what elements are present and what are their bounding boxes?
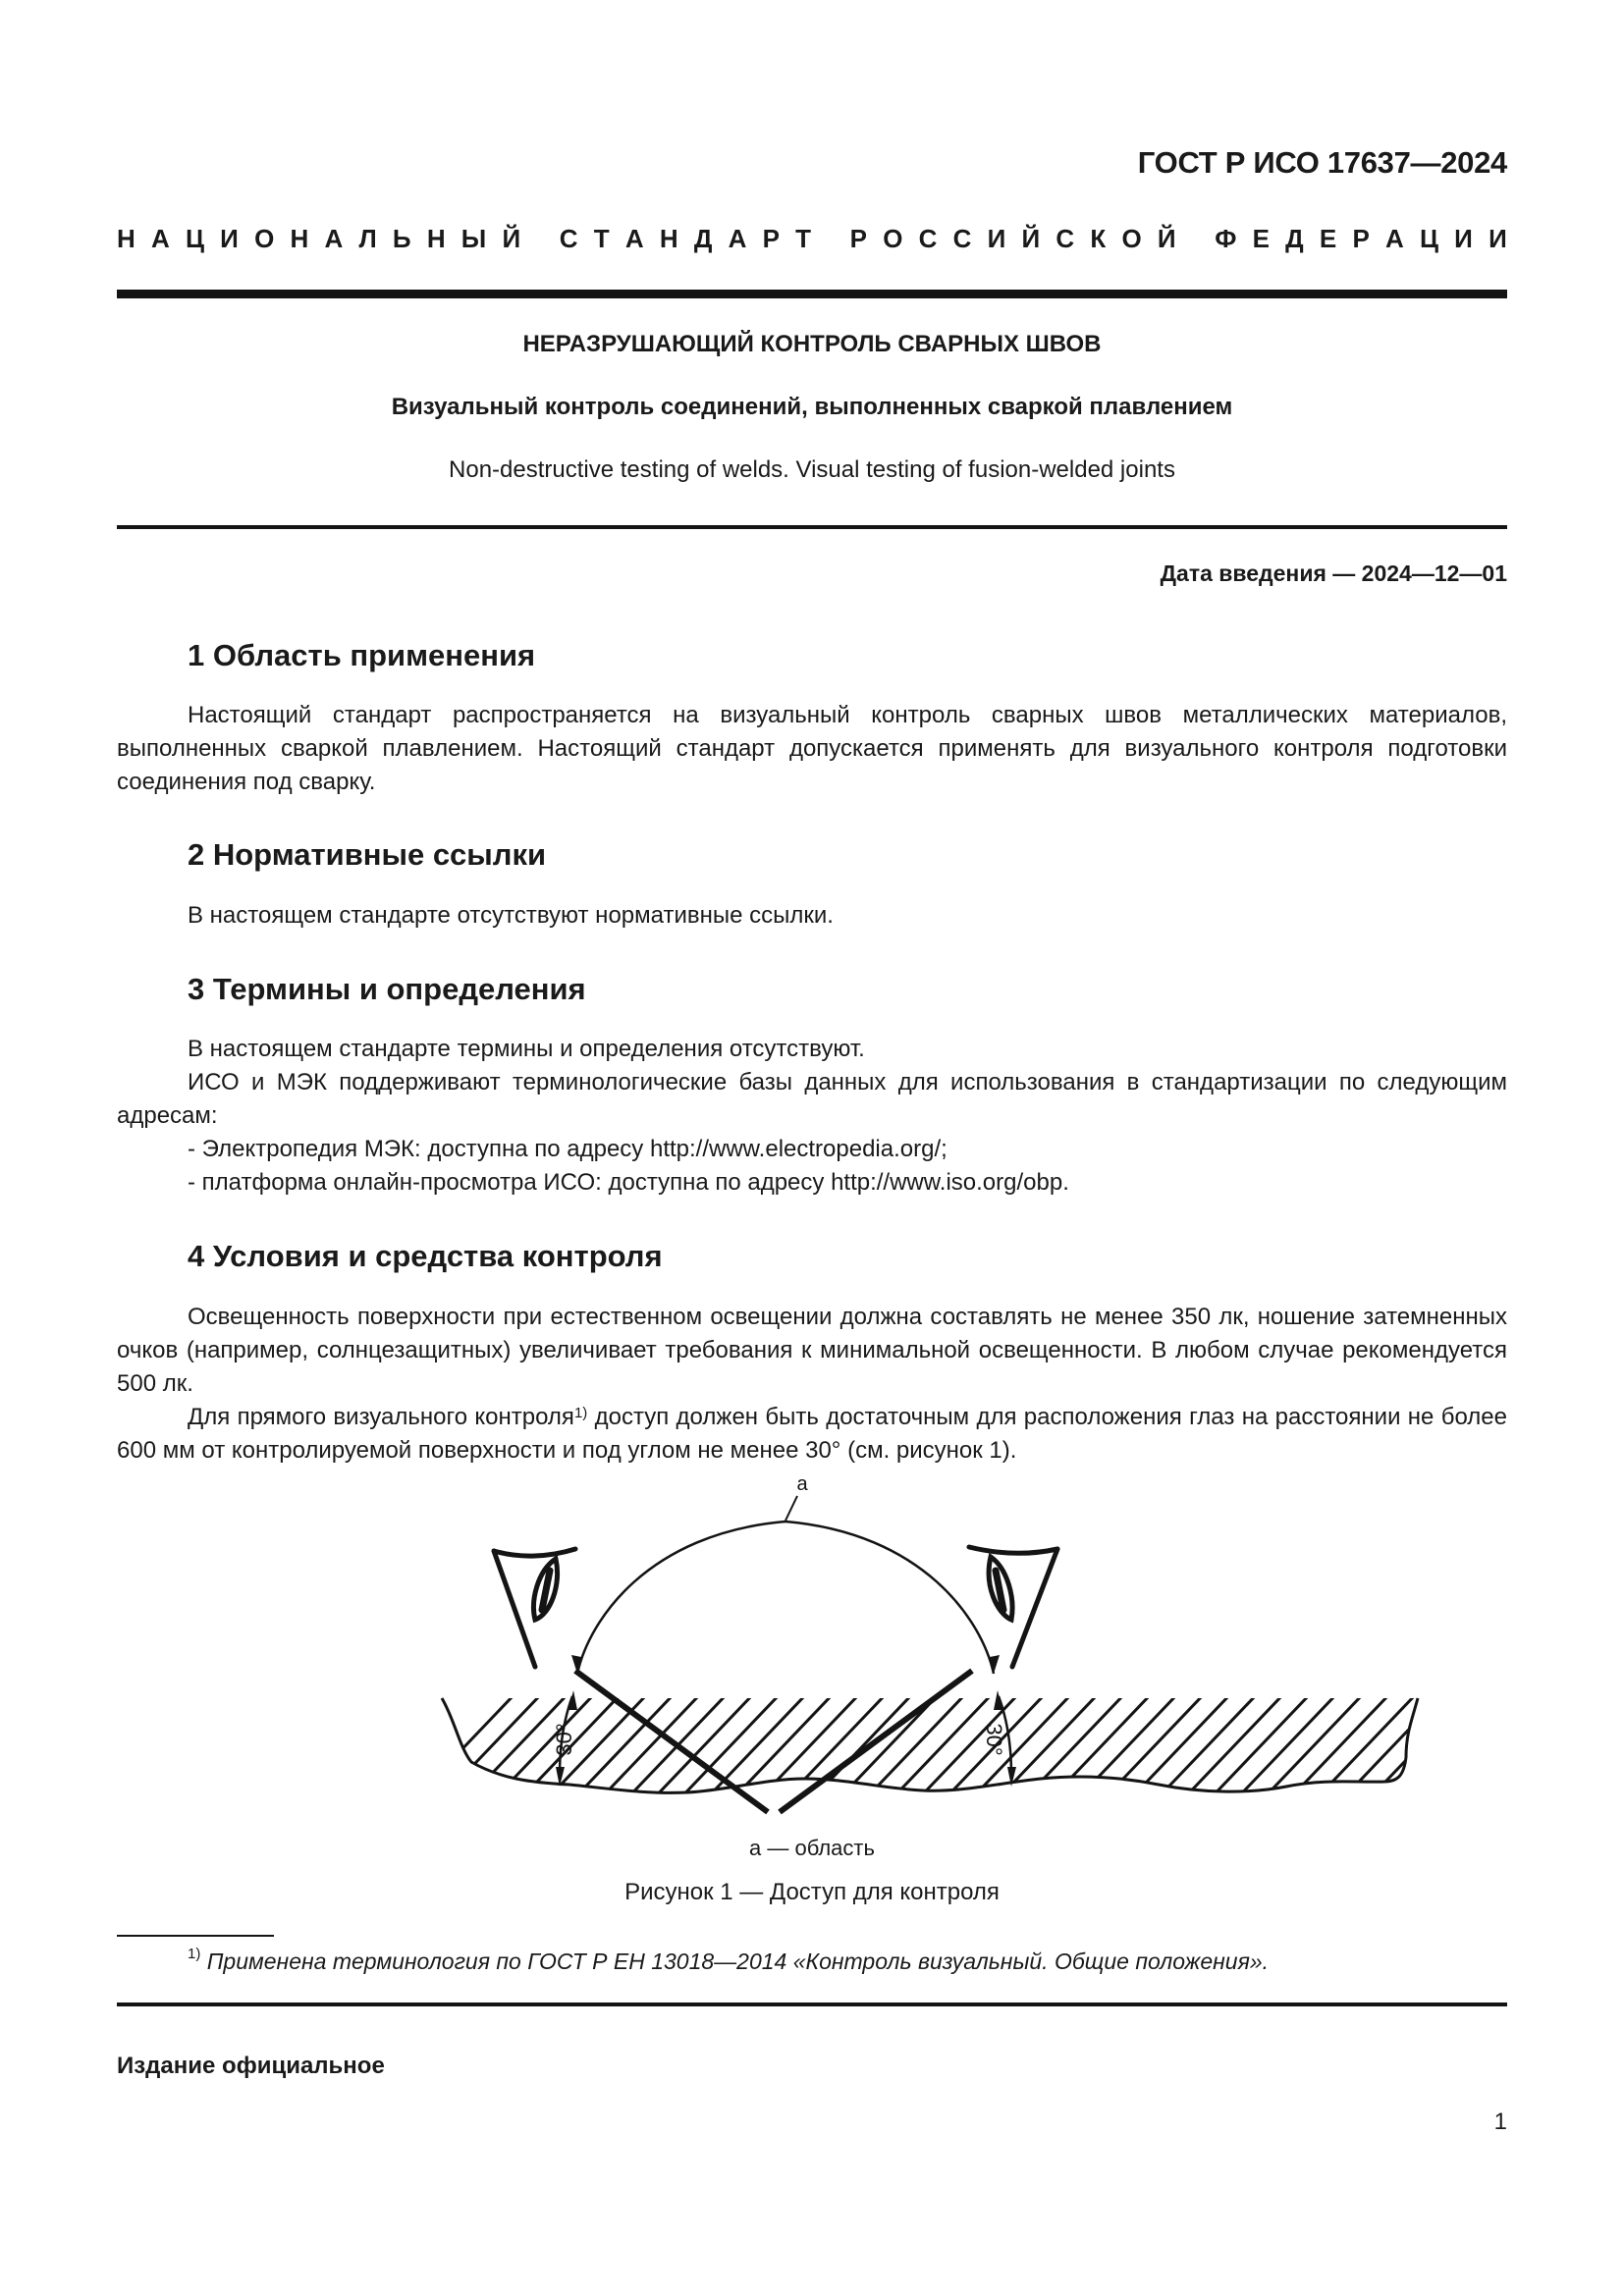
- banner-letter: Ы: [461, 224, 486, 254]
- section-heading-terms: 3 Термины и определения: [188, 972, 586, 1007]
- paragraph-with-footnote: Для прямого визуального контроля1) досту…: [117, 1401, 1507, 1468]
- banner-letter: К: [1090, 224, 1106, 254]
- banner-letter: Й: [1158, 224, 1176, 254]
- banner-letter: Е: [1320, 224, 1336, 254]
- paragraph: В настоящем стандарте термины и определе…: [117, 1033, 1507, 1066]
- footnote-mark: 1): [188, 1946, 200, 1962]
- gost-number: ГОСТ Р ИСО 17637—2024: [1138, 145, 1507, 181]
- banner-letter: Д: [694, 224, 713, 254]
- section-terms-body: В настоящем стандарте термины и определе…: [117, 1033, 1507, 1200]
- figure-access-for-inspection: a 30° 30°: [0, 1463, 1624, 1757]
- footnote-reference[interactable]: 1): [574, 1405, 587, 1421]
- list-item-electropedia: - Электропедия МЭК: доступна по адресу h…: [117, 1133, 1507, 1166]
- banner-letter: [1192, 224, 1199, 254]
- banner-letter: А: [324, 224, 343, 254]
- banner-letter: А: [729, 224, 747, 254]
- eye-icon-left: [494, 1549, 575, 1667]
- banner-letter: [827, 224, 834, 254]
- figure-caption: Рисунок 1 — Доступ для контроля: [0, 1879, 1624, 1906]
- national-standard-banner: НАЦИОНАЛЬНЫЙ СТАНДАРТ РОССИЙСКОЙ ФЕДЕРАЦ…: [117, 224, 1507, 254]
- banner-letter: Ц: [186, 224, 204, 254]
- banner-letter: Ь: [393, 224, 411, 254]
- section-heading-scope: 1 Область применения: [188, 638, 535, 673]
- section-heading-normative-refs: 2 Нормативные ссылки: [188, 837, 546, 873]
- banner-letter: Н: [291, 224, 309, 254]
- banner-letter: Н: [660, 224, 678, 254]
- banner-letter: Й: [1021, 224, 1040, 254]
- paragraph: Настоящий стандарт распространяется на в…: [117, 699, 1507, 799]
- banner-letter: О: [1121, 224, 1141, 254]
- official-edition-label: Издание официальное: [117, 2053, 385, 2080]
- banner-letter: Л: [358, 224, 376, 254]
- footnote-separator: [117, 1935, 274, 1937]
- banner-letter: А: [1385, 224, 1404, 254]
- banner-letter: Р: [763, 224, 780, 254]
- banner-letter: И: [220, 224, 239, 254]
- banner-letter: Ц: [1420, 224, 1438, 254]
- banner-letter: Т: [594, 224, 610, 254]
- banner-letter: С: [1056, 224, 1074, 254]
- document-title: НЕРАЗРУШАЮЩИЙ КОНТРОЛЬ СВАРНЫХ ШВОВ: [0, 331, 1624, 358]
- introduction-date: Дата введения — 2024—12—01: [1161, 561, 1507, 587]
- paragraph: Освещенность поверхности при естественно…: [117, 1301, 1507, 1401]
- footer-rule: [117, 2002, 1507, 2006]
- eye-icon-right: [969, 1547, 1057, 1667]
- banner-letter: И: [1454, 224, 1473, 254]
- banner-letter: Й: [502, 224, 520, 254]
- figure-legend: a — область: [0, 1836, 1624, 1861]
- banner-letter: Т: [795, 224, 811, 254]
- banner-letter: С: [953, 224, 972, 254]
- section-normative-refs-body: В настоящем стандарте отсутствуют нормат…: [117, 899, 1507, 933]
- banner-letter: [536, 224, 543, 254]
- surface-outline: [442, 1698, 1418, 1792]
- document-title-english: Non-destructive testing of welds. Visual…: [0, 456, 1624, 484]
- banner-letter: Е: [1253, 224, 1270, 254]
- banner-letter: С: [919, 224, 938, 254]
- footnote: 1) Применена терминология по ГОСТ Р ЕН 1…: [188, 1949, 1269, 1975]
- region-label-a: a: [796, 1473, 808, 1495]
- label-leader: [785, 1496, 797, 1521]
- banner-letter: И: [988, 224, 1006, 254]
- banner-letter: Р: [850, 224, 867, 254]
- paragraph: ИСО и МЭК поддерживают терминологические…: [117, 1066, 1507, 1133]
- inspection-region-arc: [577, 1522, 994, 1674]
- banner-letter: Д: [1285, 224, 1304, 254]
- footnote-text: Применена терминология по ГОСТ Р ЕН 1301…: [200, 1949, 1269, 1974]
- paragraph-text: Для прямого визуального контроля: [188, 1404, 574, 1430]
- list-item-iso-obp: - платформа онлайн-просмотра ИСО: доступ…: [117, 1166, 1507, 1200]
- section-scope-body: Настоящий стандарт распространяется на в…: [117, 699, 1507, 799]
- page-number: 1: [1494, 2109, 1507, 2136]
- section-conditions-body: Освещенность поверхности при естественно…: [117, 1301, 1507, 1468]
- banner-letter: О: [883, 224, 902, 254]
- document-subtitle: Визуальный контроль соединений, выполнен…: [0, 394, 1624, 421]
- title-rule: [117, 525, 1507, 529]
- banner-letter: Р: [1352, 224, 1369, 254]
- banner-letter: А: [151, 224, 170, 254]
- banner-letter: С: [560, 224, 578, 254]
- angle-label-left: 30°: [552, 1723, 576, 1755]
- line-of-sight-left: [575, 1671, 768, 1812]
- header-rule: [117, 290, 1507, 298]
- list-item-text: - Электропедия МЭК: доступна по адресу h…: [188, 1136, 947, 1162]
- paragraph: В настоящем стандарте отсутствуют нормат…: [117, 899, 1507, 933]
- banner-letter: О: [254, 224, 274, 254]
- banner-letter: А: [625, 224, 644, 254]
- figure-diagram: a 30° 30°: [0, 1463, 1624, 1836]
- banner-letter: Н: [117, 224, 135, 254]
- banner-letter: Н: [427, 224, 446, 254]
- banner-letter: И: [1489, 224, 1507, 254]
- section-heading-conditions: 4 Условия и средства контроля: [188, 1239, 663, 1274]
- list-item-text: - платформа онлайн-просмотра ИСО: доступ…: [188, 1169, 1069, 1196]
- angle-label-right: 30°: [982, 1723, 1006, 1755]
- banner-letter: Ф: [1215, 224, 1236, 254]
